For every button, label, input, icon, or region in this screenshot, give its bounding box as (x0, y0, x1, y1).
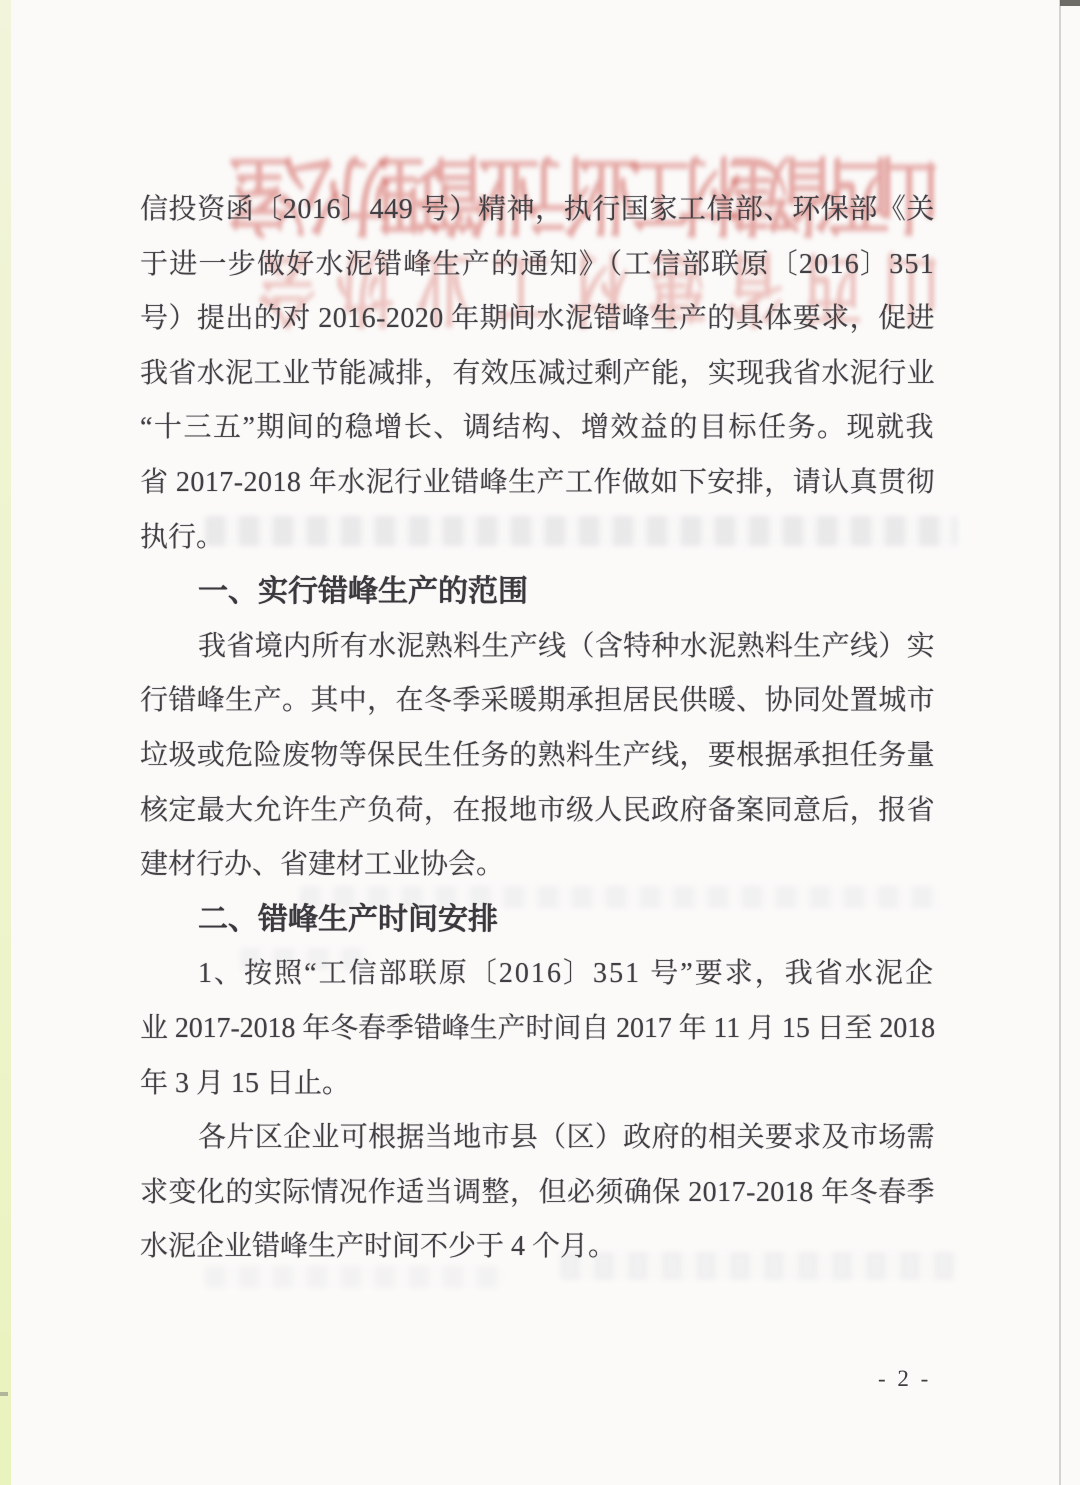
scan-edge-right-line (1059, 0, 1061, 1485)
scan-edge-dash (0, 1392, 8, 1396)
text-line: 省 2017-2018 年水泥行业错峰生产工作做如下安排，请认真贯彻 (140, 456, 935, 511)
text-line-content: 1、按照“工信部联原〔2016〕351 号”要求，我省水泥企 (198, 947, 935, 1002)
text-line-content: 业 2017-2018 年冬春季错峰生产时间自 2017 年 11 月 15 日… (140, 1002, 935, 1057)
text-line-content: 求变化的实际情况作适当调整，但必须确保 2017-2018 年冬春季 (140, 1166, 935, 1221)
scan-edge-left-strip (0, 0, 11, 1485)
text-line: 核定最大允许生产负荷，在报地市级人民政府备案同意后，报省 (140, 784, 935, 839)
text-line-content: 垃圾或危险废物等保民生任务的熟料生产线，要根据承担任务量 (140, 729, 935, 784)
text-line: 我省水泥工业节能减排，有效压减过剩产能，实现我省水泥行业 (140, 347, 935, 402)
text-line: 垃圾或危险废物等保民生任务的熟料生产线，要根据承担任务量 (140, 729, 935, 784)
text-line: 行错峰生产。其中，在冬季采暖期承担居民供暖、协同处置城市 (140, 674, 935, 729)
text-line-content: 执行。 (140, 511, 224, 566)
text-line: 求变化的实际情况作适当调整，但必须确保 2017-2018 年冬春季 (140, 1166, 935, 1221)
text-line: 于进一步做好水泥错峰生产的通知》（工信部联原〔2016〕351 (140, 238, 935, 293)
text-line-content: 我省境内所有水泥熟料生产线（含特种水泥熟料生产线）实 (198, 620, 935, 675)
text-line: 建材行办、省建材工业协会。 (140, 838, 935, 893)
scan-corner-artifact (1060, 0, 1080, 6)
page-number: - 2 - (878, 1366, 931, 1392)
text-line: 信投资函〔2016〕449 号）精神，执行国家工信部、环保部《关 (140, 183, 935, 238)
text-line: 二、错峰生产时间安排 (140, 893, 935, 948)
text-line: 业 2017-2018 年冬春季错峰生产时间自 2017 年 11 月 15 日… (140, 1002, 935, 1057)
text-line-content: 我省水泥工业节能减排，有效压减过剩产能，实现我省水泥行业 (140, 347, 935, 402)
text-line: 我省境内所有水泥熟料生产线（含特种水泥熟料生产线）实 (140, 620, 935, 675)
text-line: 一、实行错峰生产的范围 (140, 565, 935, 620)
text-line: 1、按照“工信部联原〔2016〕351 号”要求，我省水泥企 (140, 947, 935, 1002)
text-line: 执行。 (140, 511, 935, 566)
text-line-content: 核定最大允许生产负荷，在报地市级人民政府备案同意后，报省 (140, 784, 935, 839)
text-line-content: 建材行办、省建材工业协会。 (140, 838, 504, 893)
text-line-content: 水泥企业错峰生产时间不少于 4 个月。 (140, 1220, 616, 1275)
text-line-content: 各片区企业可根据当地市县（区）政府的相关要求及市场需 (198, 1111, 935, 1166)
text-line: 号）提出的对 2016-2020 年期间水泥错峰生产的具体要求，促进 (140, 292, 935, 347)
text-line: 年 3 月 15 日止。 (140, 1057, 935, 1112)
text-line-content: 一、实行错峰生产的范围 (198, 565, 528, 620)
text-line-content: 省 2017-2018 年水泥行业错峰生产工作做如下安排，请认真贯彻 (140, 456, 935, 511)
document-body: 信投资函〔2016〕449 号）精神，执行国家工信部、环保部《关 于进一步做好水… (140, 183, 935, 1275)
text-line: 水泥企业错峰生产时间不少于 4 个月。 (140, 1220, 935, 1275)
text-line-content: 号）提出的对 2016-2020 年期间水泥错峰生产的具体要求，促进 (140, 292, 935, 347)
text-line-content: “十三五”期间的稳增长、调结构、增效益的目标任务。现就我 (140, 401, 935, 456)
scanned-document-page: 山西省建材工业行业管理办公室 山西省建材工业协会 信投资函〔2016〕449 号… (0, 0, 1080, 1485)
text-line-content: 二、错峰生产时间安排 (198, 893, 498, 948)
text-line: “十三五”期间的稳增长、调结构、增效益的目标任务。现就我 (140, 401, 935, 456)
text-line-content: 于进一步做好水泥错峰生产的通知》（工信部联原〔2016〕351 (140, 238, 935, 293)
text-line-content: 信投资函〔2016〕449 号）精神，执行国家工信部、环保部《关 (140, 183, 935, 238)
text-line: 各片区企业可根据当地市县（区）政府的相关要求及市场需 (140, 1111, 935, 1166)
text-line-content: 年 3 月 15 日止。 (140, 1057, 350, 1112)
text-line-content: 行错峰生产。其中，在冬季采暖期承担居民供暖、协同处置城市 (140, 674, 935, 729)
